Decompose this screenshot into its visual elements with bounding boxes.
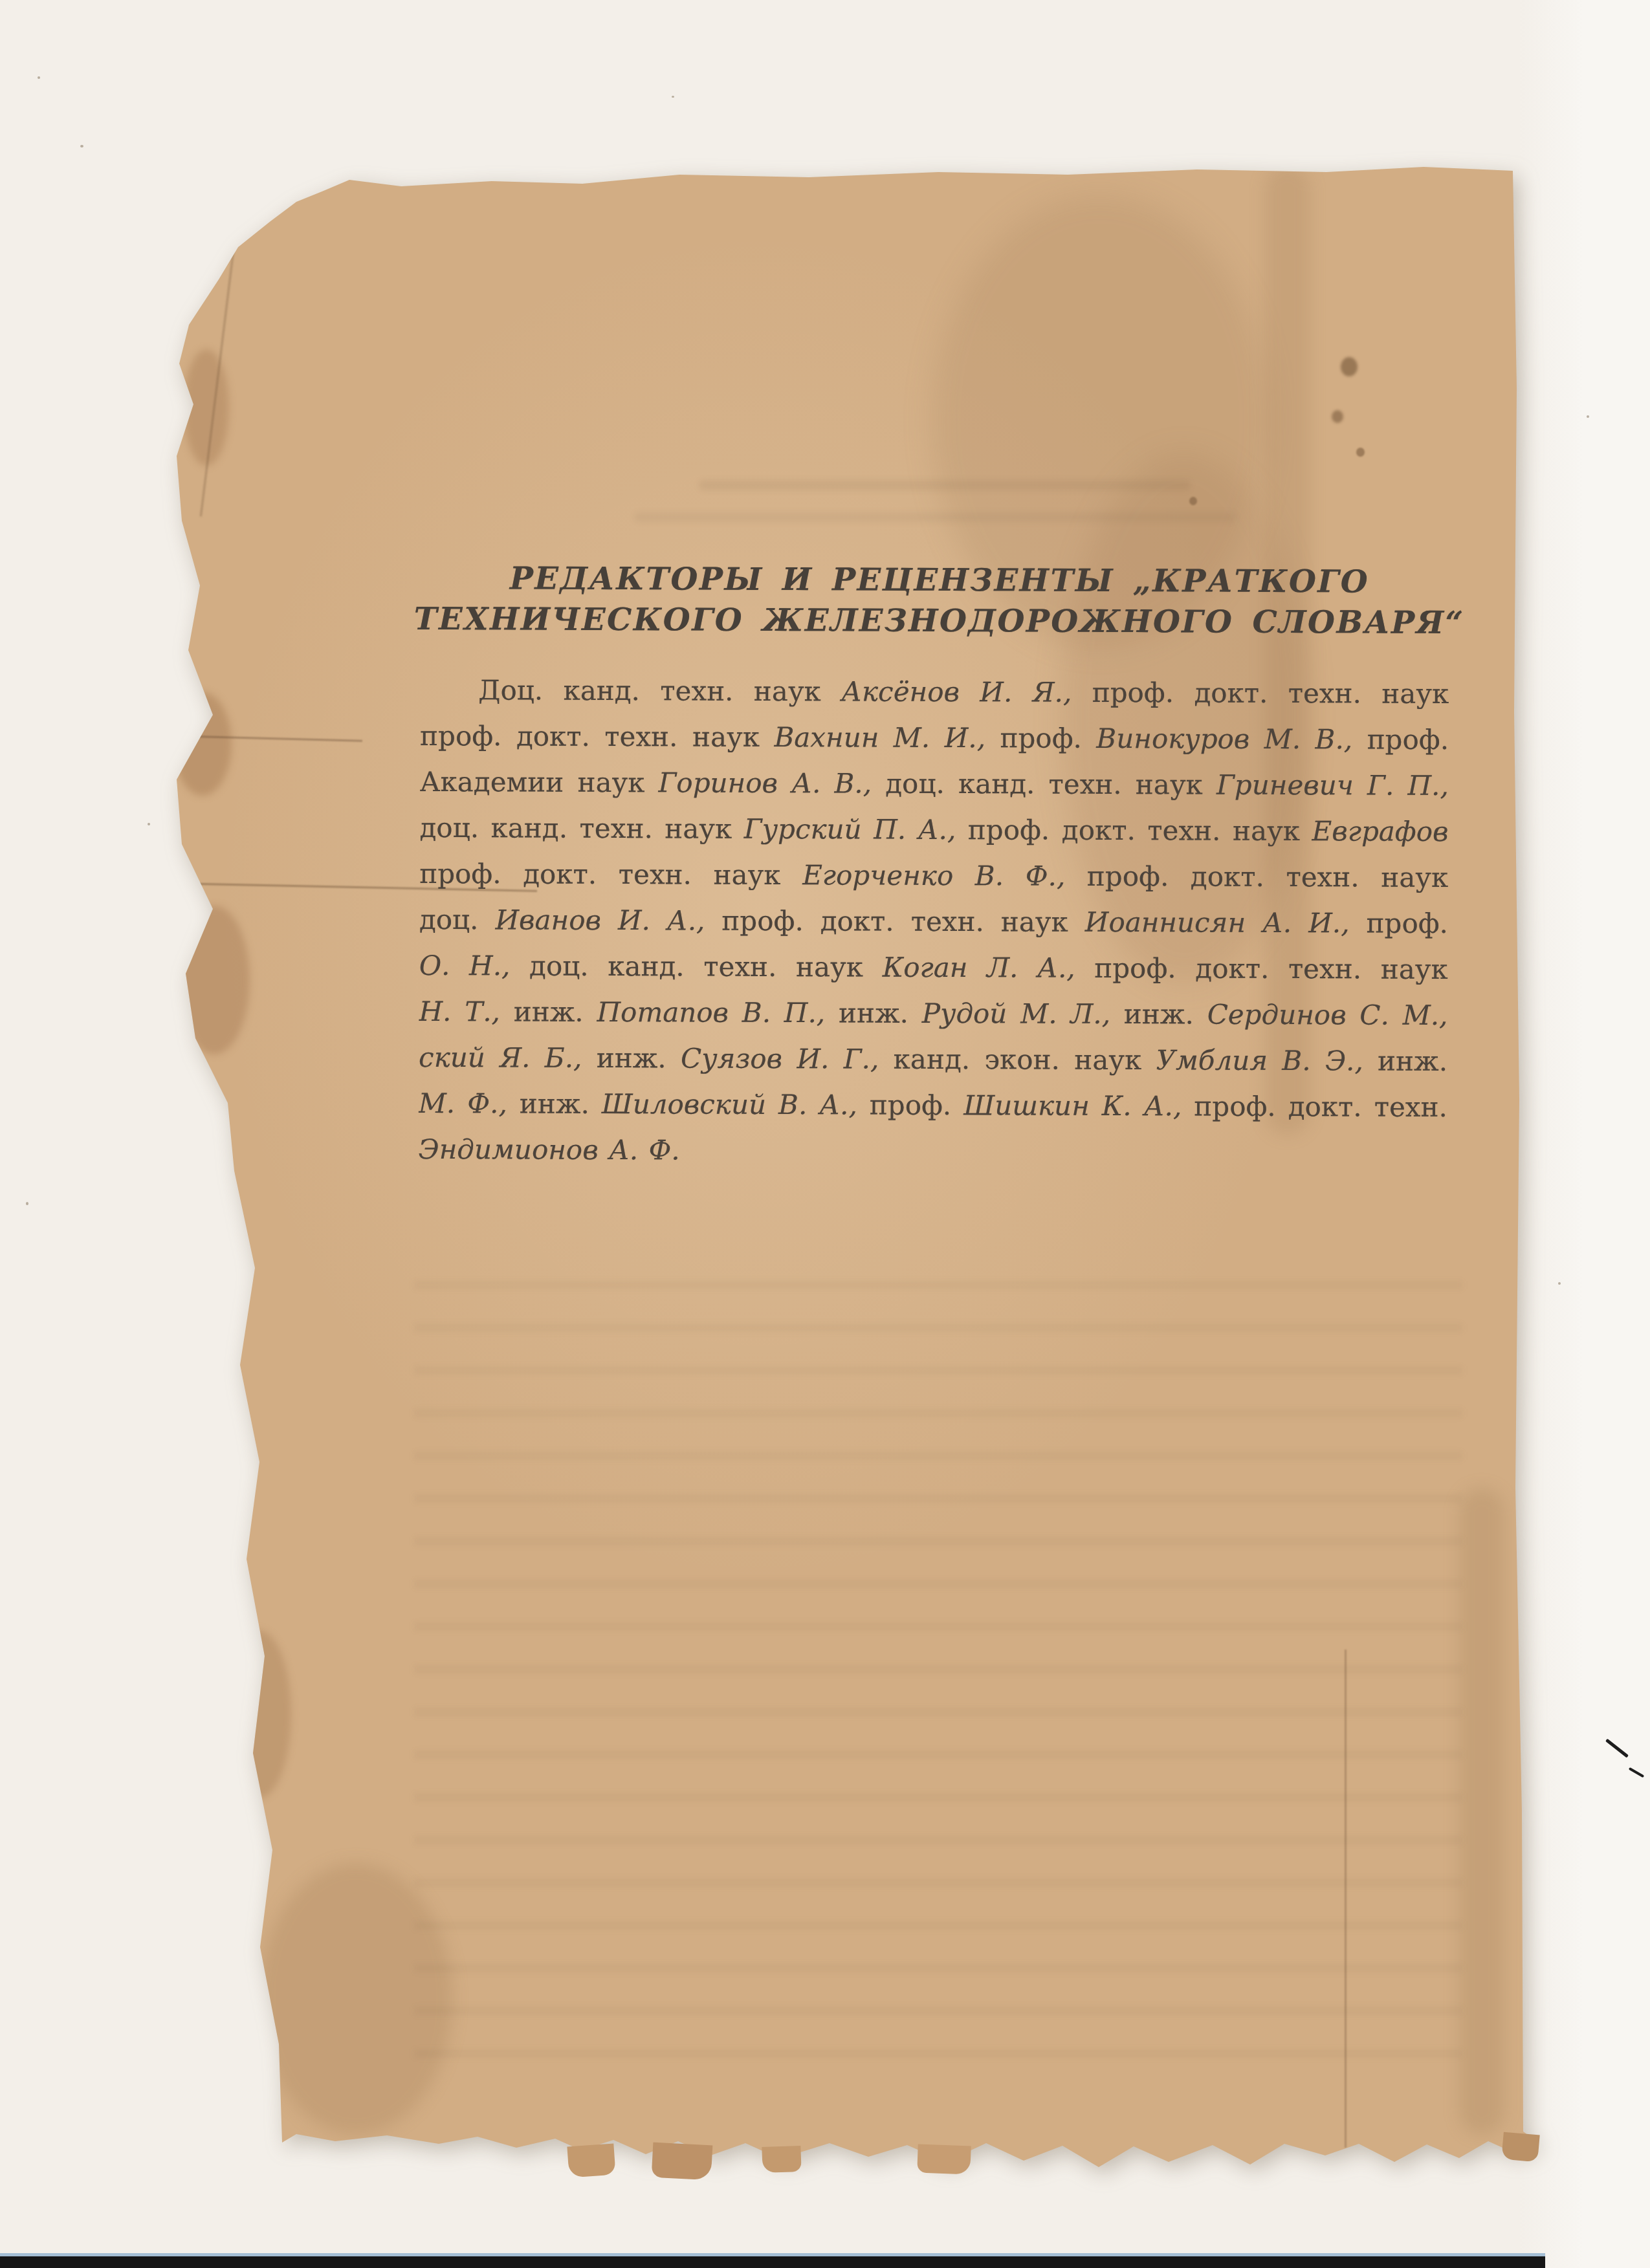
page-wrap: РЕДАКТОРЫ И РЕЦЕНЗЕНТЫ „КРАТКОГО ТЕХНИЧЕ… <box>0 0 1650 2268</box>
person-title: Академии наук <box>420 766 659 798</box>
person-name: Суязов И. Г., <box>681 1042 879 1074</box>
body-line: Н. Т., инж. Потапов В. П., инж. Рудой М.… <box>419 988 1447 1038</box>
person-name: Коган Л. А., <box>883 952 1075 984</box>
person-title: доц. канд. техн. наук <box>510 950 882 983</box>
person-name: Эндимионов А. Ф. <box>419 1133 680 1166</box>
person-name: Потапов В. П., <box>597 996 825 1029</box>
person-title: проф. докт. техн. наук <box>1072 677 1449 710</box>
body-line: М. Ф., инж. Шиловский В. А., проф. Шишки… <box>419 1080 1447 1130</box>
person-title: Доц. канд. техн. наук <box>478 674 841 707</box>
title-line-1: РЕДАКТОРЫ И РЕЦЕНЗЕНТЫ „КРАТКОГО <box>349 558 1530 604</box>
person-name: М. Ф., <box>419 1087 507 1120</box>
person-name: Шишкин К. А., <box>963 1089 1182 1122</box>
person-title: проф. <box>1349 907 1448 939</box>
person-title: канд. экон. наук <box>879 1043 1156 1076</box>
person-title: проф. <box>985 722 1097 754</box>
title-line-2: ТЕХНИЧЕСКОГО ЖЕЛЕЗНОДОРОЖНОГО СЛОВАРЯ“ <box>349 599 1530 644</box>
body-line: О. Н., доц. канд. техн. наук Коган Л. А.… <box>419 943 1448 992</box>
person-title: проф. <box>857 1089 964 1122</box>
person-name: Гриневич Г. П., <box>1216 769 1449 801</box>
person-name: Рудой М. Л., <box>922 998 1110 1030</box>
person-title: инж. <box>500 996 597 1028</box>
paragraph: Доц. канд. техн. наук Аксёнов И. Я., про… <box>418 667 1449 1176</box>
person-title: проф. докт. техн. наук <box>1065 860 1448 893</box>
person-name: Винокуров М. В., <box>1096 723 1352 756</box>
person-name: Гурский П. А., <box>744 813 956 845</box>
page-title: РЕДАКТОРЫ И РЕЦЕНЗЕНТЫ „КРАТКОГО ТЕХНИЧЕ… <box>349 558 1530 644</box>
person-title: инж. <box>1110 998 1207 1030</box>
person-name: Умблия В. Э., <box>1156 1044 1363 1076</box>
body-line: Доц. канд. техн. наук Аксёнов И. Я., про… <box>420 667 1449 717</box>
person-name: Вахнин М. И., <box>774 721 985 754</box>
person-title: инж. <box>825 997 922 1029</box>
person-name: Н. Т., <box>419 996 500 1027</box>
person-name: Горинов А. В., <box>659 767 872 799</box>
person-title: проф. докт. техн. наук <box>419 858 802 891</box>
person-name: Егорченко В. Ф., <box>802 859 1065 892</box>
person-title: проф. докт. техн. наук <box>956 814 1312 847</box>
person-name: Шиловский В. А., <box>602 1088 857 1121</box>
person-title: проф. докт. техн. наук <box>420 720 775 753</box>
person-title: проф. докт. техн. наук <box>1075 952 1448 985</box>
scanner-bed: РЕДАКТОРЫ И РЕЦЕНЗЕНТЫ „КРАТКОГО ТЕХНИЧЕ… <box>0 0 1650 2268</box>
body-line: доц. канд. техн. наук Гурский П. А., про… <box>419 805 1448 855</box>
body-line: доц. Иванов И. А., проф. докт. техн. нау… <box>419 897 1448 946</box>
person-name: Иванов И. А., <box>495 904 705 936</box>
person-name: Иоаннисян А. И., <box>1085 906 1350 939</box>
person-title: инж. <box>507 1087 602 1120</box>
person-title: инж. <box>582 1042 681 1074</box>
body-line: Академии наук Горинов А. В., доц. канд. … <box>420 759 1449 809</box>
body-line: проф. докт. техн. наук Вахнин М. И., про… <box>420 713 1449 763</box>
person-name: Аксёнов И. Я., <box>841 675 1072 708</box>
person-title: доц. канд. техн. наук <box>419 812 744 845</box>
body-line: ский Я. Б., инж. Суязов И. Г., канд. эко… <box>419 1034 1447 1084</box>
body-line: Эндимионов А. Ф. <box>418 1126 1447 1176</box>
person-title: инж. <box>1363 1045 1448 1078</box>
person-name: О. Н., <box>419 950 511 982</box>
person-title: проф. докт. техн. наук <box>705 905 1085 938</box>
person-title: доц. <box>419 904 496 935</box>
person-name: Сердинов С. М., <box>1207 999 1448 1031</box>
person-title: доц. канд. техн. наук <box>872 768 1216 801</box>
body-line: проф. докт. техн. наук Егорченко В. Ф., … <box>419 851 1448 900</box>
scanner-edge-strip <box>0 2253 1545 2268</box>
page: РЕДАКТОРЫ И РЕЦЕНЗЕНТЫ „КРАТКОГО ТЕХНИЧЕ… <box>0 0 1650 2268</box>
person-name: ский Я. Б., <box>419 1041 582 1074</box>
page-content: РЕДАКТОРЫ И РЕЦЕНЗЕНТЫ „КРАТКОГО ТЕХНИЧЕ… <box>0 0 1650 2268</box>
